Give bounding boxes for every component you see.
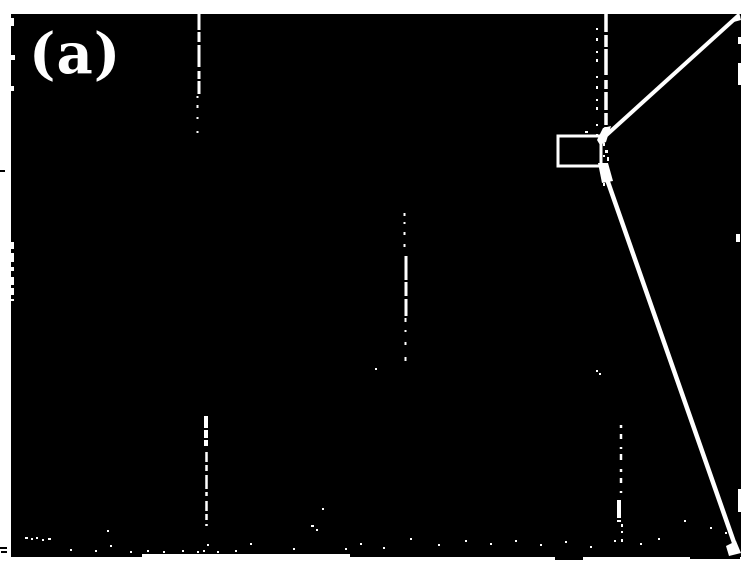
speck [540, 544, 542, 546]
speck [207, 544, 209, 546]
speck [465, 540, 467, 542]
speck [605, 150, 608, 153]
speck [293, 548, 295, 550]
speck [607, 157, 609, 161]
edge-mark [11, 86, 14, 91]
bottom-edge-dash [142, 554, 350, 557]
speck [322, 508, 324, 510]
speck [614, 540, 616, 542]
speck [42, 539, 44, 541]
speck [250, 543, 252, 545]
speck [596, 370, 598, 372]
speck [182, 550, 184, 552]
speck [130, 551, 132, 553]
speck [345, 548, 347, 550]
speck [640, 543, 642, 545]
speck [565, 541, 567, 543]
speck [95, 550, 97, 552]
speck [515, 540, 517, 542]
panel-label: (a) [29, 24, 121, 86]
speck [599, 373, 601, 375]
margin-mark [555, 557, 583, 560]
speck [48, 538, 51, 540]
speck [107, 530, 109, 532]
edge-mark [11, 55, 15, 60]
speck [383, 547, 385, 549]
speck [590, 546, 592, 548]
margin-mark [1, 551, 7, 553]
speck [375, 368, 377, 370]
speck [316, 529, 318, 531]
edge-mark [736, 234, 740, 242]
speck [36, 537, 38, 539]
speck [585, 131, 588, 133]
speck [163, 551, 165, 553]
speck [410, 538, 412, 540]
speck [710, 527, 712, 529]
speck [311, 525, 314, 527]
speck [147, 550, 149, 552]
micrograph-frame [11, 14, 741, 557]
speck [658, 538, 660, 540]
speck [490, 543, 492, 545]
margin-mark [0, 170, 5, 172]
edge-mark [11, 18, 14, 26]
speck [31, 538, 33, 540]
speck [203, 550, 205, 552]
speck [725, 532, 727, 534]
speck [25, 537, 28, 539]
speck [438, 544, 440, 546]
speck [110, 545, 112, 547]
margin-mark [690, 557, 740, 559]
speck [217, 551, 219, 553]
speck [360, 543, 362, 545]
figure-panel-a: (a) [0, 0, 741, 572]
margin-mark [0, 547, 7, 549]
speck [70, 549, 72, 551]
speck [197, 551, 199, 553]
speck [684, 520, 686, 522]
speck [235, 550, 237, 552]
